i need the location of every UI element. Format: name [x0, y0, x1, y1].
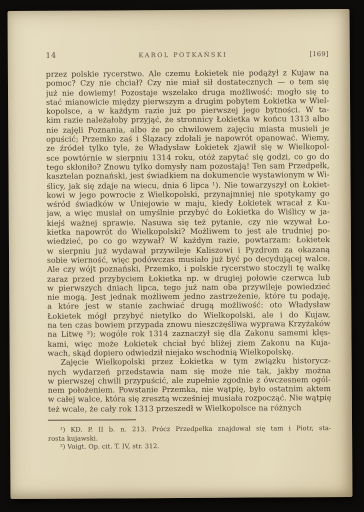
- running-title: KAROL POTKAŃSKI: [56, 51, 309, 60]
- text-line: też wcale, że cały rok 1313 przeszedł w …: [48, 403, 331, 414]
- text-line: ¹) KD. P. II b. n. 213. Prócz Przedpełka…: [48, 424, 331, 434]
- issue-number: [169]: [310, 50, 329, 58]
- page-header: 14 KAROL POTKAŃSKI [169]: [46, 49, 329, 60]
- book-page: 14 KAROL POTKAŃSKI [169] przez polskie r…: [8, 9, 353, 499]
- footnotes: ¹) KD. P. II b. n. 213. Prócz Przedpełka…: [48, 424, 331, 452]
- page-number: 14: [46, 51, 57, 60]
- footnote-separator-rule: [48, 419, 136, 421]
- body-text: przez polskie rycerstwo. Ale czemu Łokie…: [46, 68, 331, 414]
- scanned-page-photo: 14 KAROL POTKAŃSKI [169] przez polskie r…: [0, 0, 364, 512]
- text-line: ²) Voigt. Op. cit. T. IV, str. 312.: [48, 441, 331, 451]
